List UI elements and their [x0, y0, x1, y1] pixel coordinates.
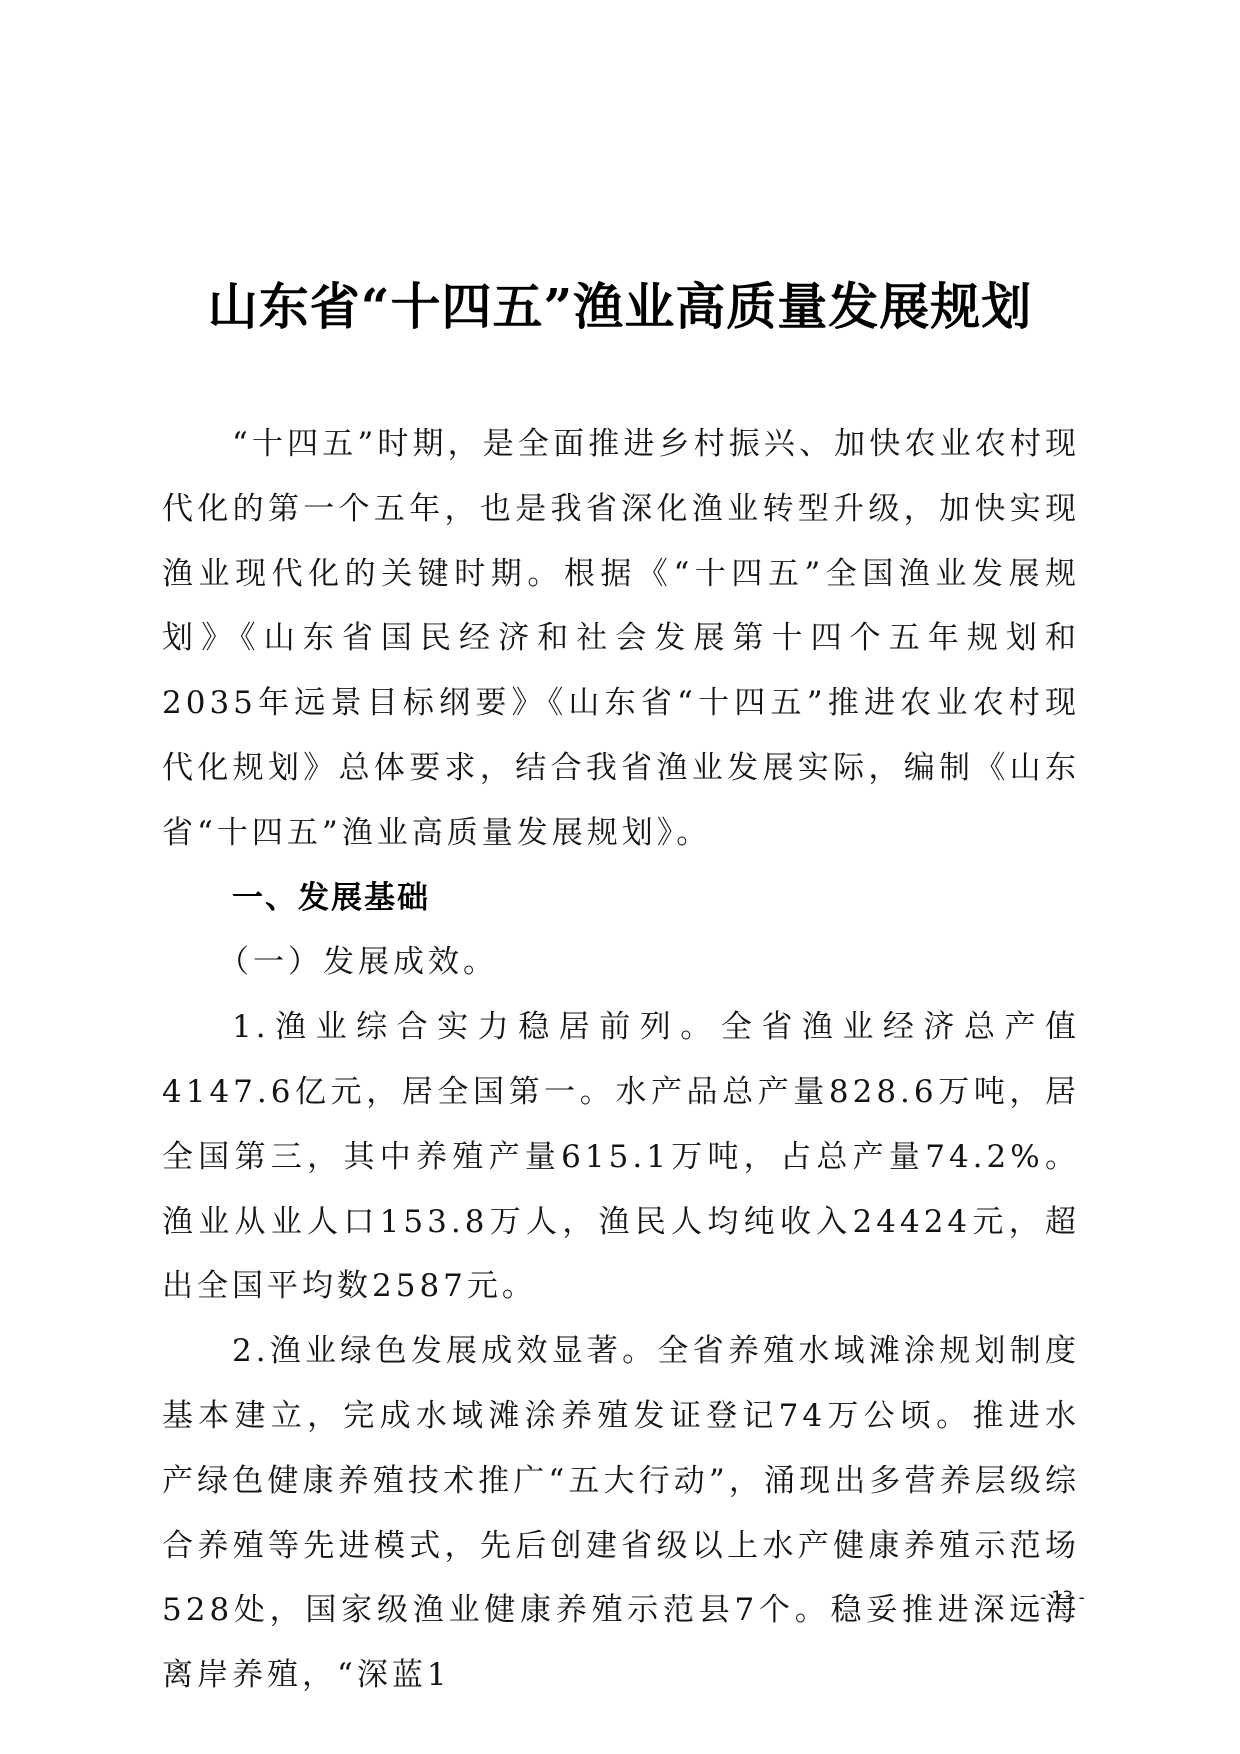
page-number: - 13 -: [1040, 1588, 1085, 1608]
document-title: 山东省“十四五”渔业高质量发展规划: [0, 276, 1240, 338]
list-item: 2.渔业绿色发展成效显著。全省养殖水域滩涂规划制度基本建立，完成水域滩涂养殖发证…: [162, 1319, 1080, 1708]
list-item: 1.渔业综合实力稳居前列。全省渔业经济总产值4147.6亿元，居全国第一。水产品…: [162, 995, 1080, 1319]
subsection-heading: （一）发展成效。: [162, 930, 1080, 995]
section-heading: 一、发展基础: [162, 866, 1080, 931]
document-page: 山东省“十四五”渔业高质量发展规划 “十四五”时期，是全面推进乡村振兴、加快农业…: [0, 0, 1240, 1754]
document-body: “十四五”时期，是全面推进乡村振兴、加快农业农村现代化的第一个五年，也是我省深化…: [162, 412, 1080, 1708]
intro-paragraph: “十四五”时期，是全面推进乡村振兴、加快农业农村现代化的第一个五年，也是我省深化…: [162, 412, 1080, 866]
